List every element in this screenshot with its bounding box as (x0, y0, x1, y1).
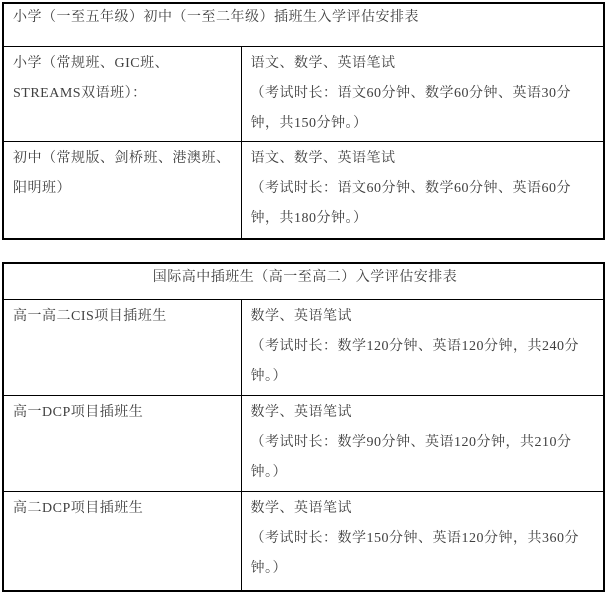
assessment-cell: 语文、数学、英语笔试 （考试时长：语文60分钟、数学60分钟、英语30分钟，共1… (241, 47, 604, 142)
program-text: 高一DCP项目插班生 (13, 398, 235, 428)
table-row: 国际高中插班生（高一至高二）入学评估安排表 (3, 263, 604, 300)
subjects-text: 数学、英语笔试 (251, 398, 598, 428)
program-cell: 小学（常规班、GIC班、STREAMS双语班）： (3, 47, 241, 142)
table-row: 高二DCP项目插班生 数学、英语笔试 （考试时长：数学150分钟、英语120分钟… (3, 492, 604, 592)
table-row: 高一DCP项目插班生 数学、英语笔试 （考试时长：数学90分钟、英语120分钟，… (3, 396, 604, 492)
duration-text: （考试时长：语文60分钟、数学60分钟、英语30分钟，共150分钟。） (251, 79, 598, 139)
document-page: 小学（一至五年级）初中（一至二年级）插班生入学评估安排表 小学（常规班、GIC班… (0, 0, 608, 593)
program-cell: 高二DCP项目插班生 (3, 492, 241, 592)
program-text: 高二DCP项目插班生 (13, 494, 235, 524)
assessment-cell: 数学、英语笔试 （考试时长：数学120分钟、英语120分钟，共240分钟。） (241, 300, 604, 396)
table-row: 初中（常规版、剑桥班、港澳班、阳明班） 语文、数学、英语笔试 （考试时长：语文6… (3, 142, 604, 240)
program-text: 高一高二CIS项目插班生 (13, 302, 235, 332)
primary-middle-eval-table: 小学（一至五年级）初中（一至二年级）插班生入学评估安排表 小学（常规班、GIC班… (2, 2, 605, 240)
table-row: 小学（一至五年级）初中（一至二年级）插班生入学评估安排表 (3, 3, 604, 47)
table-row: 小学（常规班、GIC班、STREAMS双语班）： 语文、数学、英语笔试 （考试时… (3, 47, 604, 142)
intl-highschool-table-title: 国际高中插班生（高一至高二）入学评估安排表 (3, 263, 604, 300)
table-row: 高一高二CIS项目插班生 数学、英语笔试 （考试时长：数学120分钟、英语120… (3, 300, 604, 396)
intl-highschool-eval-table: 国际高中插班生（高一至高二）入学评估安排表 高一高二CIS项目插班生 数学、英语… (2, 262, 605, 592)
assessment-cell: 数学、英语笔试 （考试时长：数学90分钟、英语120分钟，共210分钟。） (241, 396, 604, 492)
program-cell: 高一高二CIS项目插班生 (3, 300, 241, 396)
subjects-text: 语文、数学、英语笔试 (251, 144, 598, 174)
assessment-cell: 数学、英语笔试 （考试时长：数学150分钟、英语120分钟，共360分钟。） (241, 492, 604, 592)
duration-text: （考试时长：数学90分钟、英语120分钟，共210分钟。） (251, 428, 598, 488)
subjects-text: 数学、英语笔试 (251, 494, 598, 524)
assessment-cell: 语文、数学、英语笔试 （考试时长：语文60分钟、数学60分钟、英语60分钟，共1… (241, 142, 604, 240)
primary-middle-table-title: 小学（一至五年级）初中（一至二年级）插班生入学评估安排表 (3, 3, 604, 47)
program-text: 初中（常规版、剑桥班、港澳班、阳明班） (13, 144, 235, 204)
duration-text: （考试时长：语文60分钟、数学60分钟、英语60分钟，共180分钟。） (251, 174, 598, 234)
subjects-text: 语文、数学、英语笔试 (251, 49, 598, 79)
duration-text: （考试时长：数学120分钟、英语120分钟，共240分钟。） (251, 332, 598, 392)
program-cell: 初中（常规版、剑桥班、港澳班、阳明班） (3, 142, 241, 240)
program-cell: 高一DCP项目插班生 (3, 396, 241, 492)
subjects-text: 数学、英语笔试 (251, 302, 598, 332)
duration-text: （考试时长：数学150分钟、英语120分钟，共360分钟。） (251, 524, 598, 584)
program-text: 小学（常规班、GIC班、STREAMS双语班）： (13, 49, 235, 109)
